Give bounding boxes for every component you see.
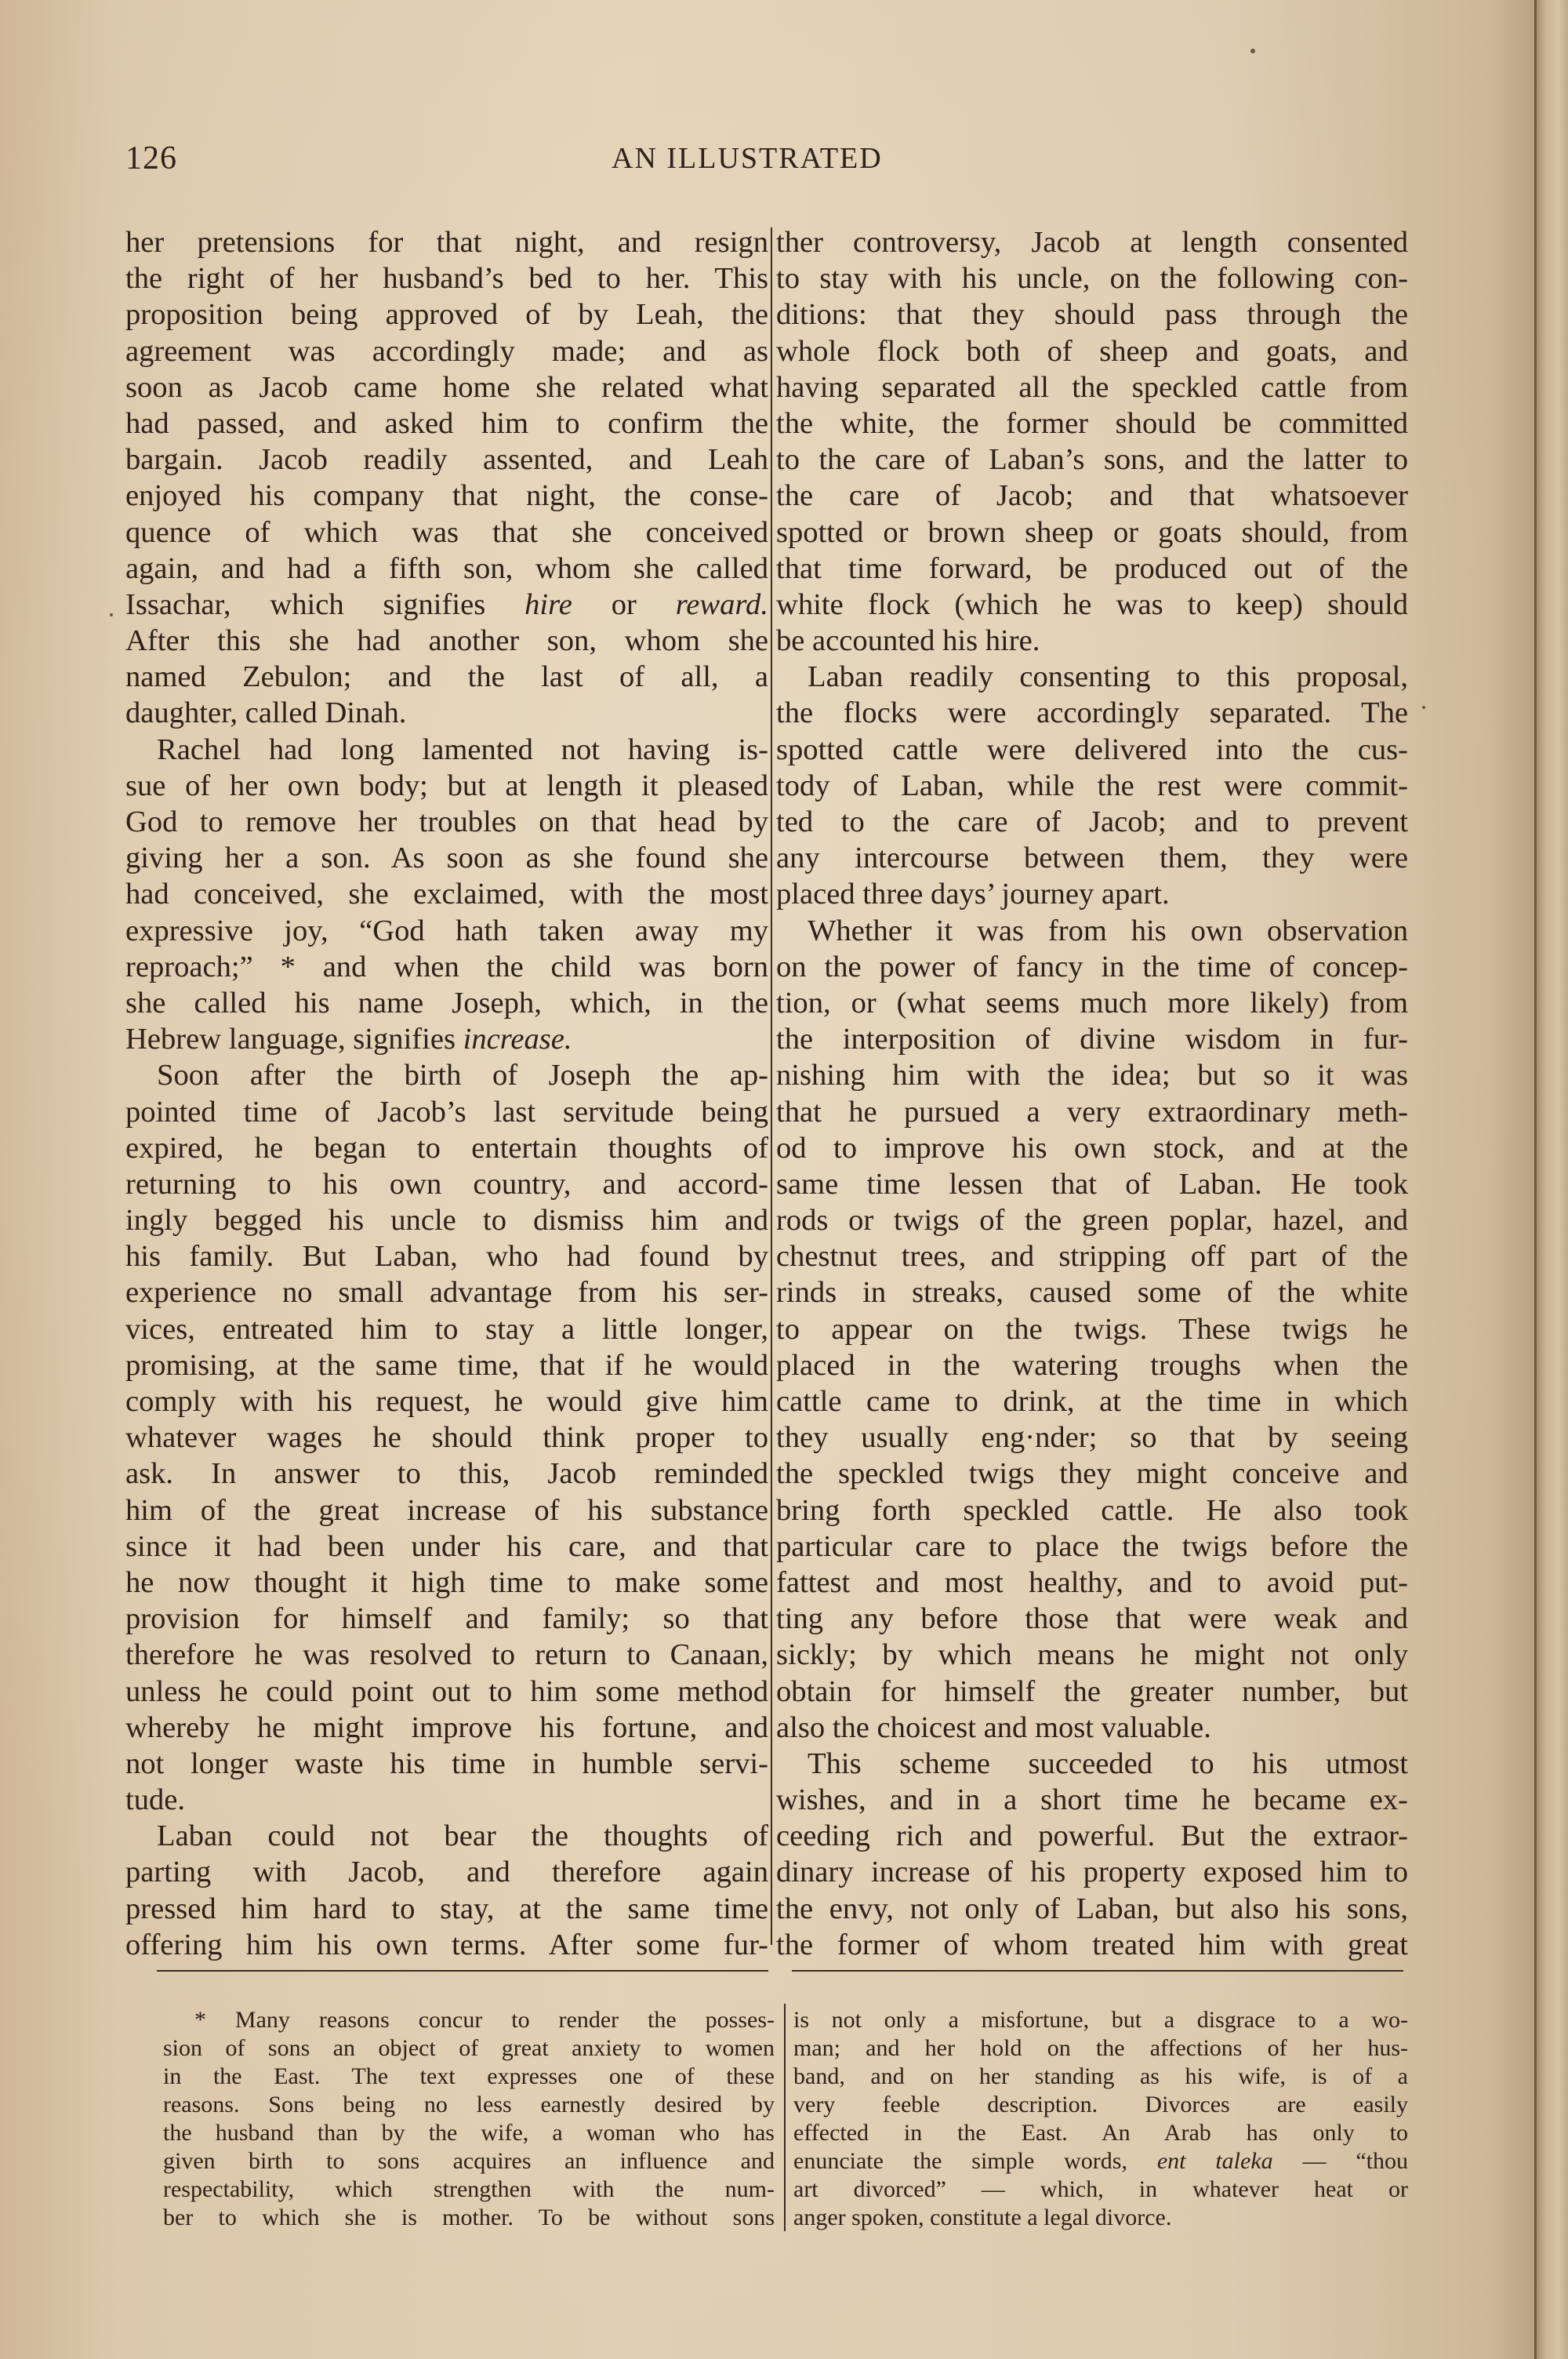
text-line: placed three days’ journey apart. [776, 876, 1408, 912]
text-line: therefore he was resolved to return to C… [125, 1637, 768, 1673]
text-line: had conceived, she exclaimed, with the m… [125, 876, 768, 912]
running-title: AN ILLUSTRATED [612, 141, 883, 176]
italic-term: increase. [463, 1023, 572, 1056]
text-line: the speckled twigs they might conceive a… [776, 1456, 1408, 1492]
text-line: reproach;” * and when the child was born [125, 949, 768, 985]
text-line: any intercourse between them, they were [776, 840, 1408, 876]
footnote-line: the husband than by the wife, a woman wh… [163, 2119, 775, 2147]
text-line: pressed him hard to stay, at the same ti… [125, 1891, 768, 1927]
footnote-rule-left [157, 1970, 768, 1972]
text-line: whatever wages he should think proper to [125, 1419, 768, 1456]
text-line: rods or twigs of the green poplar, hazel… [776, 1202, 1408, 1238]
text-line: on the power of fancy in the time of con… [776, 949, 1408, 985]
text-line: to appear on the twigs. These twigs he [776, 1311, 1408, 1347]
text-line: having separated all the speckled cattle… [776, 369, 1408, 405]
text-line: she called his name Joseph, which, in th… [125, 985, 768, 1021]
footnote-rule-right [792, 1970, 1403, 1972]
book-page: 126 AN ILLUSTRATED her pretensions for t… [0, 0, 1537, 2359]
text-line: expired, he began to entertain thoughts … [125, 1130, 768, 1166]
paper-speck [1422, 706, 1425, 709]
footnote-line: given birth to sons acquires an influenc… [163, 2147, 775, 2175]
text-line: quence of which was that she conceived [125, 514, 768, 551]
text-line: he now thought it high time to make some [125, 1565, 768, 1601]
text-line: giving her a son. As soon as she found s… [125, 840, 768, 876]
text-line: obtain for himself the greater number, b… [776, 1674, 1408, 1710]
footnote-line: * Many reasons concur to render the poss… [163, 2006, 775, 2034]
footnote-line: anger spoken, constitute a legal divorce… [793, 2204, 1408, 2232]
text-line: bring forth speckled cattle. He also too… [776, 1492, 1408, 1528]
text-line: ting any before those that were weak and [776, 1601, 1408, 1637]
text-line: named Zebulon; and the last of all, a [125, 659, 768, 695]
text-line: white flock (which he was to keep) shoul… [776, 587, 1408, 623]
footnote-column-divider [784, 2004, 786, 2231]
footnote-right-column: is not only a misfortune, but a disgrace… [793, 2006, 1408, 2232]
text-line: od to improve his own stock, and at the [776, 1130, 1408, 1166]
text-line: dinary increase of his property exposed … [776, 1854, 1408, 1890]
text-line: chestnut trees, and stripping off part o… [776, 1238, 1408, 1274]
text-line: enjoyed his company that night, the cons… [125, 478, 768, 514]
text-line: the white, the former should be committe… [776, 405, 1408, 442]
text-line: ceeding rich and powerful. But the extra… [776, 1818, 1408, 1854]
text-line: unless he could point out to him some me… [125, 1674, 768, 1710]
text-line: be accounted his hire. [776, 623, 1408, 659]
text-line: the care of Jacob; and that whatsoever [776, 478, 1408, 514]
text-line: tion, or (what seems much more likely) f… [776, 985, 1408, 1021]
text-line: to the care of Laban’s sons, and the lat… [776, 442, 1408, 478]
text-line: whole flock both of sheep and goats, and [776, 333, 1408, 369]
text-line: spotted or brown sheep or goats should, … [776, 514, 1408, 551]
footnote-line: man; and her hold on the affections of h… [793, 2034, 1408, 2063]
paper-speck [1250, 49, 1255, 53]
text-line: the envy, not only of Laban, but also hi… [776, 1891, 1408, 1927]
text-segment: Issachar, which signifies [125, 588, 485, 621]
footnote-left-column: * Many reasons concur to render the poss… [163, 2006, 775, 2232]
text-line: sue of her own body; but at length it pl… [125, 768, 768, 804]
text-line: pointed time of Jacob’s last servitude b… [125, 1094, 768, 1130]
paper-speck [110, 613, 113, 616]
text-line: tody of Laban, while the rest were commi… [776, 768, 1408, 804]
text-line: also the choicest and most valuable. [776, 1710, 1408, 1746]
footnote-line: band, and on her standing as his wife, i… [793, 2063, 1408, 2091]
text-line: not longer waste his time in humble serv… [125, 1746, 768, 1782]
paragraph-start-line: Laban could not bear the thoughts of [125, 1818, 768, 1854]
text-line: the flocks were accordingly separated. T… [776, 695, 1408, 731]
text-line: expressive joy, “God hath taken away my [125, 913, 768, 949]
text-line: sickly; by which means he might not only [776, 1637, 1408, 1673]
text-line: placed in the watering troughs when the [776, 1347, 1408, 1383]
italic-term: ent taleka [1157, 2148, 1273, 2174]
text-line: they usually eng·nder; so that by seeing [776, 1419, 1408, 1456]
footnote-line: reasons. Sons being no less earnestly de… [163, 2091, 775, 2119]
footnote-line: in the East. The text expresses one of t… [163, 2063, 775, 2091]
right-text-column: ther controversy, Jacob at length consen… [776, 224, 1408, 1963]
text-segment: enunciate the simple words, [793, 2148, 1127, 2174]
text-line: agreement was accordingly made; and as [125, 333, 768, 369]
text-line: his family. But Laban, who had found by [125, 1238, 768, 1274]
text-line: proposition being approved of by Leah, t… [125, 296, 768, 333]
text-line: whereby he might improve his fortune, an… [125, 1710, 768, 1746]
text-line: offering him his own terms. After some f… [125, 1927, 768, 1963]
text-line: spotted cattle were delivered into the c… [776, 732, 1408, 768]
text-line: daughter, called Dinah. [125, 695, 768, 731]
footnote-line: respectability, which strengthen with th… [163, 2175, 775, 2204]
text-line: God to remove her troubles on that head … [125, 804, 768, 840]
paragraph-start-line: Whether it was from his own observation [776, 913, 1408, 949]
text-line: Hebrew language, signifies increase. [125, 1021, 768, 1057]
page-number: 126 [125, 140, 177, 177]
text-segment: Hebrew language, signifies [125, 1023, 456, 1056]
text-line: the interposition of divine wisdom in fu… [776, 1021, 1408, 1057]
paragraph-start-line: Laban readily consenting to this proposa… [776, 659, 1408, 695]
text-line: particular care to place the twigs befor… [776, 1528, 1408, 1565]
text-line: her pretensions for that night, and resi… [125, 224, 768, 260]
paragraph-start-line: Soon after the birth of Joseph the ap- [125, 1057, 768, 1093]
footnote-line: enunciate the simple words, ent taleka —… [793, 2147, 1408, 2175]
text-line: wishes, and in a short time he became ex… [776, 1782, 1408, 1818]
text-line: comply with his request, he would give h… [125, 1383, 768, 1419]
text-line: cattle came to drink, at the time in whi… [776, 1383, 1408, 1419]
text-line: that time forward, be produced out of th… [776, 551, 1408, 587]
text-segment: or [612, 588, 637, 621]
paragraph-start-line: This scheme succeeded to his utmost [776, 1746, 1408, 1782]
text-line: returning to his own country, and accord… [125, 1166, 768, 1202]
text-line: same time lessen that of Laban. He took [776, 1166, 1408, 1202]
text-line: him of the great increase of his substan… [125, 1492, 768, 1528]
text-line: tude. [125, 1782, 768, 1818]
paragraph-start-line: Rachel had long lamented not having is- [125, 732, 768, 768]
text-line: had passed, and asked him to confirm the [125, 405, 768, 442]
footnote-line: very feeble description. Divorces are ea… [793, 2091, 1408, 2119]
text-line: promising, at the same time, that if he … [125, 1347, 768, 1383]
text-line: since it had been under his care, and th… [125, 1528, 768, 1565]
footnote-line: effected in the East. An Arab has only t… [793, 2119, 1408, 2147]
text-line: fattest and most healthy, and to avoid p… [776, 1565, 1408, 1601]
text-line: vices, entreated him to stay a little lo… [125, 1311, 768, 1347]
book-page-edge [1534, 0, 1568, 2359]
text-line: soon as Jacob came home she related what [125, 369, 768, 405]
text-line: again, and had a fifth son, whom she cal… [125, 551, 768, 587]
text-line: After this she had another son, whom she [125, 623, 768, 659]
text-line: experience no small advantage from his s… [125, 1274, 768, 1310]
column-divider [771, 227, 772, 1945]
text-line: the right of her husband’s bed to her. T… [125, 260, 768, 296]
footnote-line: is not only a misfortune, but a disgrace… [793, 2006, 1408, 2034]
footnote-line: sion of sons an object of great anxiety … [163, 2034, 775, 2063]
footnote-line: art divorced” — which, in whatever heat … [793, 2175, 1408, 2204]
text-line: to stay with his uncle, on the following… [776, 260, 1408, 296]
left-text-column: her pretensions for that night, and resi… [125, 224, 768, 1963]
text-line: ingly begged his uncle to dismiss him an… [125, 1202, 768, 1238]
text-line: ther controversy, Jacob at length consen… [776, 224, 1408, 260]
text-line: provision for himself and family; so tha… [125, 1601, 768, 1637]
text-line: nishing him with the idea; but so it was [776, 1057, 1408, 1093]
text-segment: — “thou [1303, 2148, 1409, 2174]
text-line: ditions: that they should pass through t… [776, 296, 1408, 333]
text-line: bargain. Jacob readily assented, and Lea… [125, 442, 768, 478]
text-line: the former of whom treated him with grea… [776, 1927, 1408, 1963]
text-line: ask. In answer to this, Jacob reminded [125, 1456, 768, 1492]
footnote-line: ber to which she is mother. To be withou… [163, 2204, 775, 2232]
text-line: Issachar, which signifies hire or reward… [125, 587, 768, 623]
text-line: rinds in streaks, caused some of the whi… [776, 1274, 1408, 1310]
text-line: ted to the care of Jacob; and to prevent [776, 804, 1408, 840]
text-line: that he pursued a very extraordinary met… [776, 1094, 1408, 1130]
text-line: parting with Jacob, and therefore again [125, 1854, 768, 1890]
running-head: 126 AN ILLUSTRATED [125, 140, 1411, 187]
italic-term: hire [524, 588, 572, 621]
italic-term: reward. [676, 588, 768, 621]
